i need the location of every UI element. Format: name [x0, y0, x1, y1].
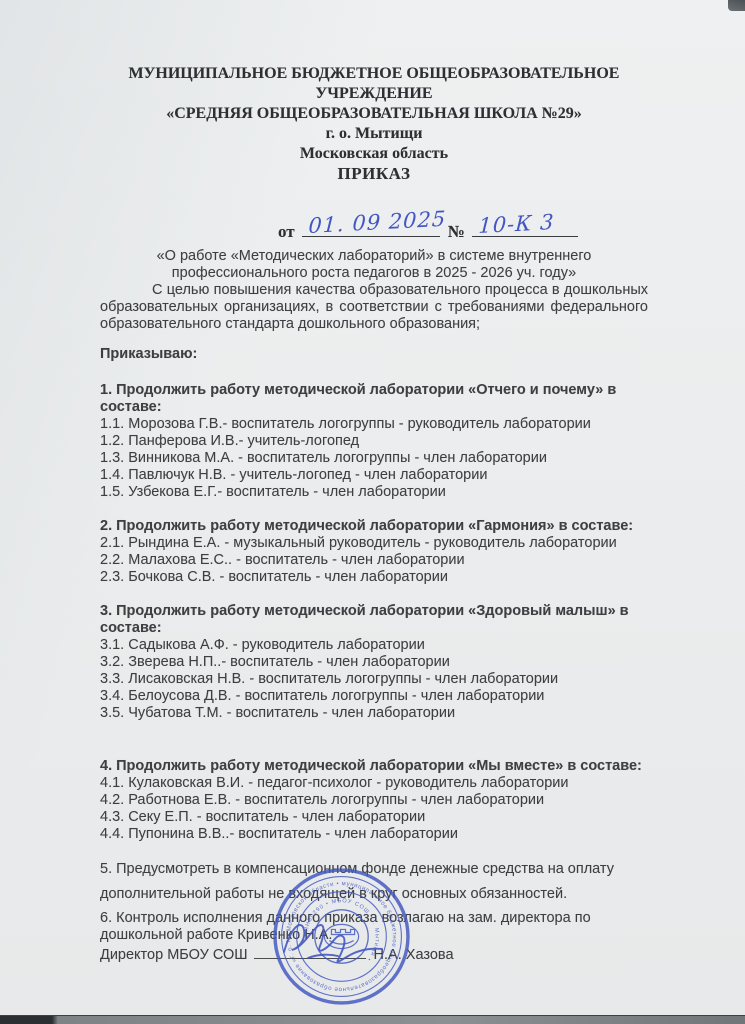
director-label: Директор МБОУ СОШ: [100, 947, 248, 963]
date-underline: 01. 09 2025: [302, 214, 440, 237]
order-item: 4.2. Работнова Е.В. - воспитатель логогр…: [100, 792, 648, 809]
number-underline: 10-К 3: [472, 214, 578, 237]
handwritten-date: 01. 09 2025: [308, 211, 447, 235]
order-item: 3.1. Садыкова А.Ф. - руководитель лабора…: [100, 637, 648, 654]
section-heading: 4. Продолжить работу методической лабора…: [100, 758, 648, 775]
scan-edge-bottom: [0, 1015, 745, 1024]
order-item: 2.1. Рындина Е.А. - музыкальный руководи…: [100, 535, 648, 552]
order-item: 3.5. Чубатова Т.М. - воспитатель - член …: [100, 705, 648, 722]
org-name-line2: УЧРЕЖДЕНИЕ: [100, 84, 648, 104]
order-item: 1.3. Винникова М.А. - воспитатель логогр…: [100, 450, 648, 467]
order-item: 1.1. Морозова Г.В.- воспитатель логогруп…: [100, 416, 648, 433]
section-heading: 1. Продолжить работу методической лабора…: [100, 382, 648, 416]
date-number-row: от01. 09 2025№10-К 3: [278, 214, 648, 240]
section-1: 1. Продолжить работу методической лабора…: [100, 382, 648, 501]
order-item: 4.3. Секу Е.П. - воспитатель - член лабо…: [100, 809, 648, 826]
order-item: 2.2. Малахова Е.С.. - воспитатель - член…: [100, 552, 648, 569]
order-item: 3.4. Белоусова Д.В. - воспитатель логогр…: [100, 688, 648, 705]
section-2: 2. Продолжить работу методической лабора…: [100, 518, 648, 586]
school-name: «СРЕДНЯЯ ОБЩЕОБРАЗОВАТЕЛЬНАЯ ШКОЛА №29»: [100, 104, 648, 124]
order-item: 3.3. Лисаковская Н.В. - воспитатель лого…: [100, 671, 648, 688]
section-heading: 3. Продолжить работу методической лабора…: [100, 603, 648, 637]
order-item: 4.4. Пупонина В.В..- воспитатель - член …: [100, 826, 648, 843]
order-item: 2.3. Бочкова С.В. - воспитатель - член л…: [100, 569, 648, 586]
scanned-document-page: МУНИЦИПАЛЬНОЕ БЮДЖЕТНОЕ ОБЩЕОБРАЗОВАТЕЛЬ…: [0, 0, 745, 1024]
number-label: №: [448, 222, 465, 241]
order-item: 3.2. Зверева Н.П..- воспитатель - член л…: [100, 654, 648, 671]
date-label: от: [278, 222, 295, 241]
section-3: 3. Продолжить работу методической лабора…: [100, 603, 648, 722]
order-word: Приказываю:: [100, 346, 648, 363]
city-line: г. о. Мытищи: [100, 124, 648, 144]
document-header: МУНИЦИПАЛЬНОЕ БЮДЖЕТНОЕ ОБЩЕОБРАЗОВАТЕЛЬ…: [100, 64, 648, 184]
subject-line2: профессионального роста педагогов в 2025…: [100, 265, 648, 282]
order-subject: «О работе «Методических лабораторий» в с…: [100, 248, 648, 282]
doc-type-title: ПРИКАЗ: [100, 164, 648, 184]
order-item: 1.5. Узбекова Е.Г.- воспитатель - член л…: [100, 484, 648, 501]
section-heading: 2. Продолжить работу методической лабора…: [100, 518, 648, 535]
order-item: 1.2. Панферова И.В.- учитель-логопед: [100, 433, 648, 450]
subject-line1: «О работе «Методических лабораторий» в с…: [100, 248, 648, 265]
handwritten-signature: [278, 914, 390, 964]
order-item: 1.4. Павлючук Н.В. - учитель-логопед - ч…: [100, 467, 648, 484]
signature-stroke: [284, 925, 382, 962]
region-line: Московская область: [100, 144, 648, 164]
org-name-line1: МУНИЦИПАЛЬНОЕ БЮДЖЕТНОЕ ОБЩЕОБРАЗОВАТЕЛЬ…: [100, 64, 648, 84]
order-item: 4.1. Кулаковская В.И. - педагог-психолог…: [100, 775, 648, 792]
signature-flick: [308, 955, 338, 958]
preamble-paragraph: С целью повышения качества образовательн…: [100, 282, 648, 333]
handwritten-order-number: 10-К 3: [478, 214, 555, 235]
section-4: 4. Продолжить работу методической лабора…: [100, 758, 648, 843]
